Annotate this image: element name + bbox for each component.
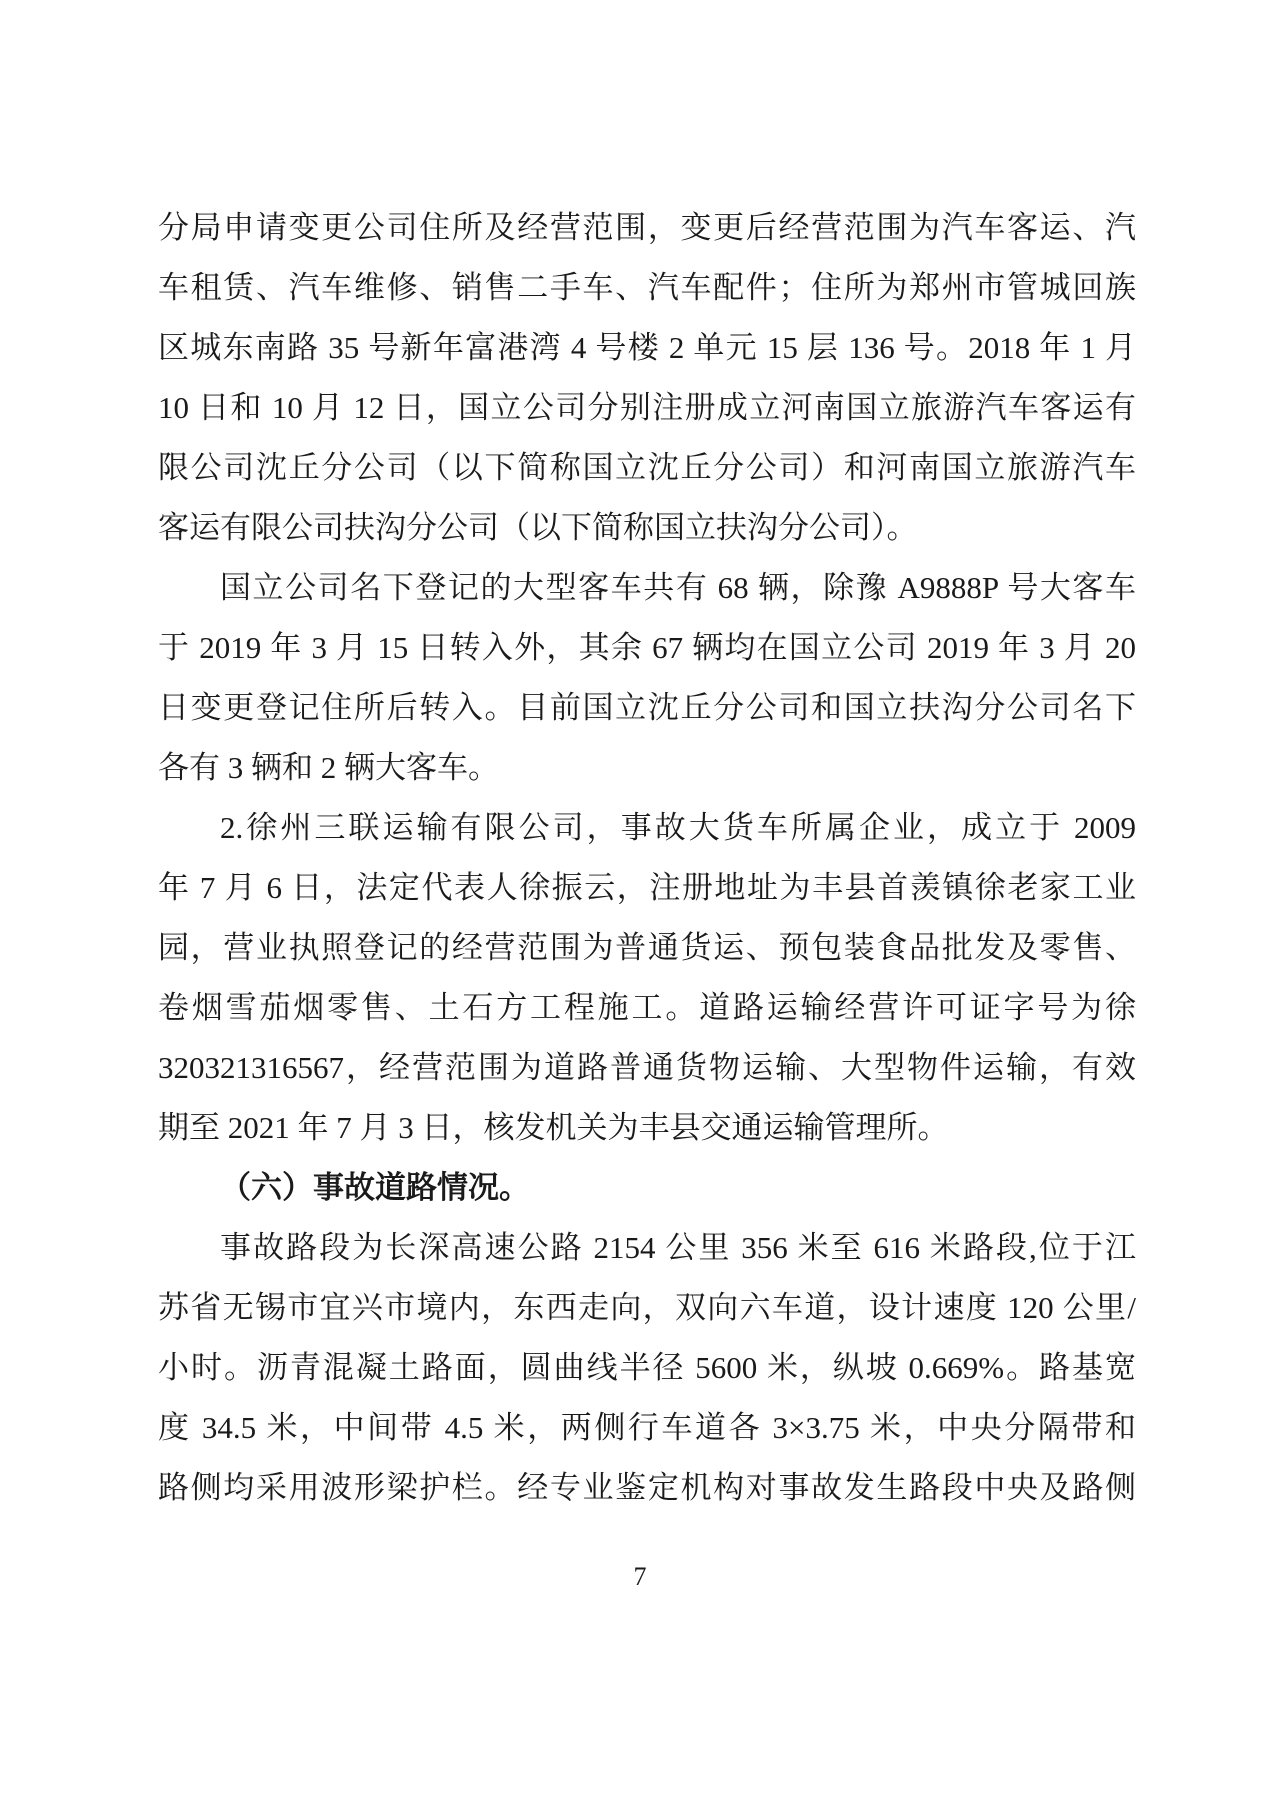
text-line: 车租赁、汽车维修、销售二手车、汽车配件；住所为郑州市管城回族 bbox=[158, 258, 1136, 318]
text-line: 限公司沈丘分公司（以下简称国立沈丘分公司）和河南国立旅游汽车 bbox=[158, 438, 1136, 498]
text-line: 各有 3 辆和 2 辆大客车。 bbox=[158, 738, 1136, 798]
text-line: 日变更登记住所后转入。目前国立沈丘分公司和国立扶沟分公司名下 bbox=[158, 678, 1136, 738]
text-line: 320321316567，经营范围为道路普通货物运输、大型物件运输，有效 bbox=[158, 1038, 1136, 1098]
text-line: 园，营业执照登记的经营范围为普通货运、预包装食品批发及零售、 bbox=[158, 918, 1136, 978]
text-line: 小时。沥青混凝土路面，圆曲线半径 5600 米，纵坡 0.669%。路基宽 bbox=[158, 1338, 1136, 1398]
document-text-block: 分局申请变更公司住所及经营范围，变更后经营范围为汽车客运、汽 车租赁、汽车维修、… bbox=[158, 198, 1136, 1518]
text-line: 于 2019 年 3 月 15 日转入外，其余 67 辆均在国立公司 2019 … bbox=[158, 618, 1136, 678]
text-line: 卷烟雪茄烟零售、土石方工程施工。道路运输经营许可证字号为徐 bbox=[158, 978, 1136, 1038]
text-line: 10 日和 10 月 12 日，国立公司分别注册成立河南国立旅游汽车客运有 bbox=[158, 378, 1136, 438]
text-line: 年 7 月 6 日，法定代表人徐振云，注册地址为丰县首羡镇徐老家工业 bbox=[158, 858, 1136, 918]
text-line: 客运有限公司扶沟分公司（以下简称国立扶沟分公司）。 bbox=[158, 498, 1136, 558]
text-line: 区城东南路 35 号新年富港湾 4 号楼 2 单元 15 层 136 号。201… bbox=[158, 318, 1136, 378]
text-line: 2.徐州三联运输有限公司，事故大货车所属企业，成立于 2009 bbox=[158, 798, 1136, 858]
page-number: 7 bbox=[0, 1560, 1280, 1594]
text-line: 国立公司名下登记的大型客车共有 68 辆，除豫 A9888P 号大客车 bbox=[158, 558, 1136, 618]
text-line: 度 34.5 米，中间带 4.5 米，两侧行车道各 3×3.75 米，中央分隔带… bbox=[158, 1398, 1136, 1458]
document-page: 分局申请变更公司住所及经营范围，变更后经营范围为汽车客运、汽 车租赁、汽车维修、… bbox=[0, 0, 1280, 1810]
section-heading: （六）事故道路情况。 bbox=[158, 1158, 1136, 1218]
text-line: 期至 2021 年 7 月 3 日，核发机关为丰县交通运输管理所。 bbox=[158, 1098, 1136, 1158]
text-line: 分局申请变更公司住所及经营范围，变更后经营范围为汽车客运、汽 bbox=[158, 198, 1136, 258]
text-line: 事故路段为长深高速公路 2154 公里 356 米至 616 米路段,位于江 bbox=[158, 1218, 1136, 1278]
text-line: 苏省无锡市宜兴市境内，东西走向，双向六车道，设计速度 120 公里/ bbox=[158, 1278, 1136, 1338]
text-line: 路侧均采用波形梁护栏。经专业鉴定机构对事故发生路段中央及路侧 bbox=[158, 1458, 1136, 1518]
